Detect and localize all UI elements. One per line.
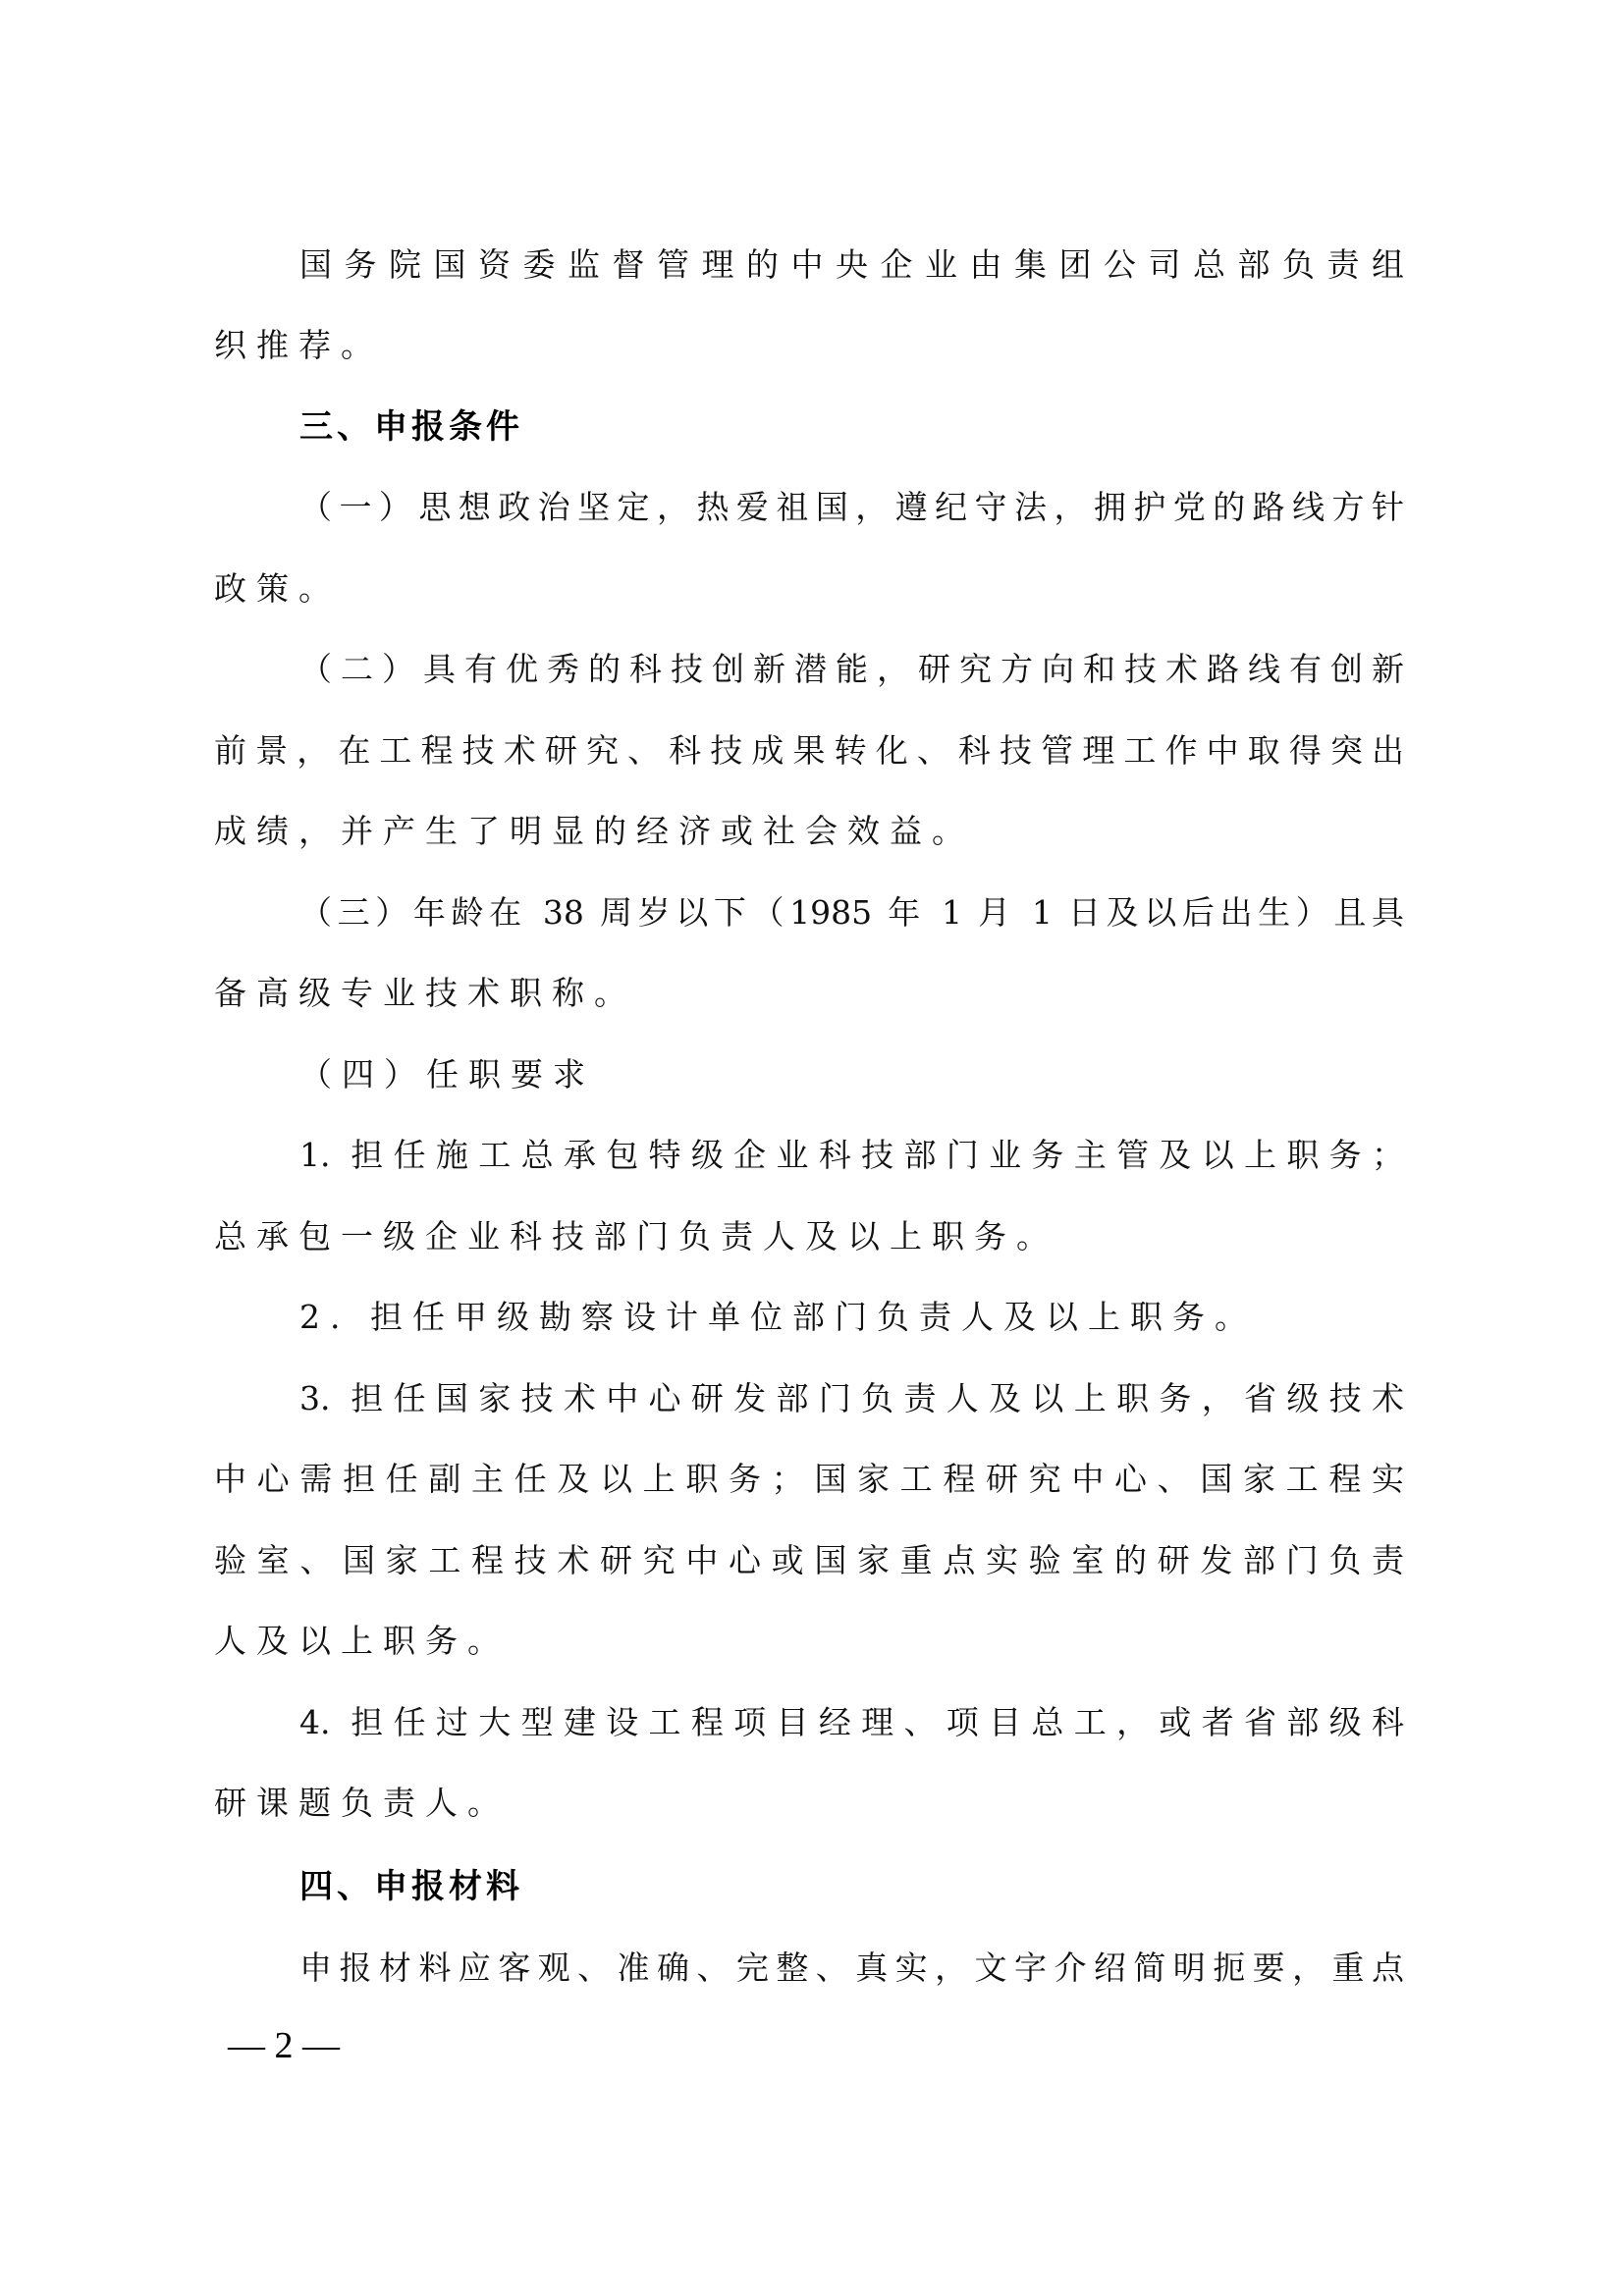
body-line: 2. 担任甲级勘察设计单位部门负责人及以上职务。	[299, 1296, 1404, 1339]
subsection-heading-job-requirements: （四）任职要求	[299, 1053, 1404, 1096]
body-line: 研课题负责人。	[214, 1782, 1404, 1825]
body-line: 人及以上职务。	[214, 1620, 1404, 1663]
body-line: 总承包一级企业科技部门负责人及以上职务。	[214, 1215, 1404, 1258]
body-line: 验室、国家工程技术研究中心或国家重点实验室的研发部门负责	[214, 1539, 1404, 1582]
body-line: 中心需担任副主任及以上职务；国家工程研究中心、国家工程实	[214, 1458, 1404, 1501]
section-heading-application-conditions: 三、申报条件	[299, 405, 1404, 449]
body-line: 成绩，并产生了明显的经济或社会效益。	[214, 810, 1404, 853]
body-line: 国务院国资委监督管理的中央企业由集团公司总部负责组	[299, 243, 1404, 287]
body-line: （二）具有优秀的科技创新潜能，研究方向和技术路线有创新	[299, 648, 1404, 691]
body-line: 前景，在工程技术研究、科技成果转化、科技管理工作中取得突出	[214, 729, 1404, 773]
body-line: （三）年龄在 38 周岁以下（1985 年 1 月 1 日及以后出生）且具	[299, 891, 1404, 934]
body-line: 政策。	[214, 567, 1404, 611]
body-line: 1. 担任施工总承包特级企业科技部门业务主管及以上职务；	[299, 1134, 1404, 1177]
section-heading-application-materials: 四、申报材料	[299, 1865, 1404, 1908]
body-line: 4. 担任过大型建设工程项目经理、项目总工，或者省部级科	[299, 1701, 1404, 1744]
page-number: — 2 —	[228, 2024, 340, 2067]
document-page: 国务院国资委监督管理的中央企业由集团公司总部负责组 织推荐。 三、申报条件 （一…	[0, 0, 1623, 2296]
body-line: 申报材料应客观、准确、完整、真实，文字介绍简明扼要，重点	[299, 1947, 1404, 1990]
body-line: （一）思想政治坚定，热爱祖国，遵纪守法，拥护党的路线方针	[299, 486, 1404, 529]
body-line: 备高级专业技术职称。	[214, 972, 1404, 1015]
body-line: 3. 担任国家技术中心研发部门负责人及以上职务，省级技术	[299, 1377, 1404, 1420]
body-line: 织推荐。	[214, 324, 1404, 367]
